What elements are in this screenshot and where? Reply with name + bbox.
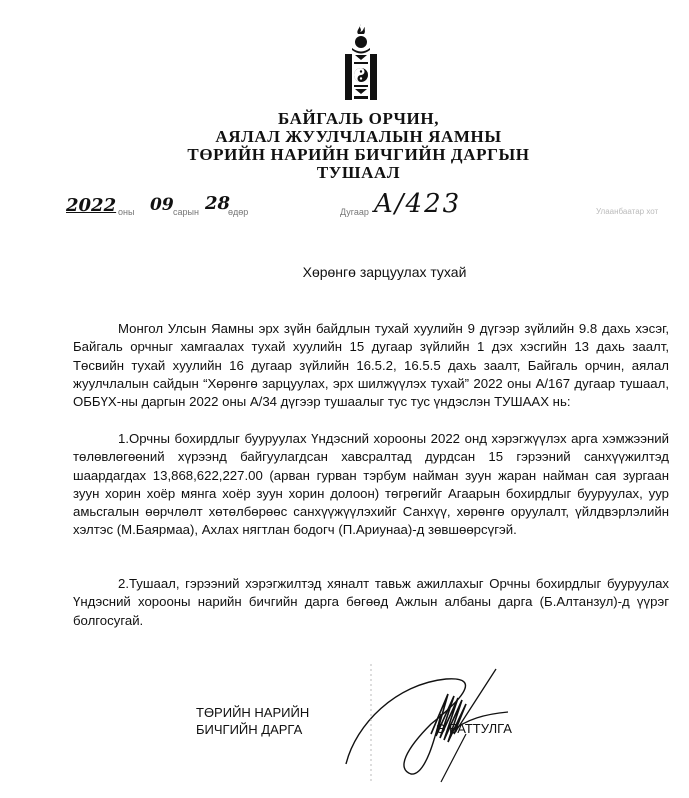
year-handwritten: 2022 <box>66 195 116 216</box>
header-line-3: ТӨРИЙН НАРИЙН БИЧГИЙН ДАРГЫН <box>28 146 689 164</box>
signatory-name: Э.БАТТУЛГА <box>436 721 512 736</box>
signatory-title: ТӨРИЙН НАРИЙН БИЧГИЙН ДАРГА <box>196 704 309 738</box>
ministry-order-header: БАЙГАЛЬ ОРЧИН, АЯЛАЛ ЖУУЛЧЛАЛЫН ЯАМНЫ ТӨ… <box>0 110 689 182</box>
month-label: сарын <box>173 207 199 217</box>
day-handwritten: 28 <box>205 193 230 214</box>
order-number-handwritten: A/423 <box>374 189 461 219</box>
year-label: оны <box>118 207 134 217</box>
date-number-row: 2022 оны 09 сарын 28 өдөр Дугаар A/423 У… <box>0 193 689 223</box>
signatory-title-line-1: ТӨРИЙН НАРИЙН <box>196 704 309 721</box>
signature-block: ТӨРИЙН НАРИЙН БИЧГИЙН ДАРГА Э.БАТТУЛГА <box>196 704 596 764</box>
header-line-4: ТУШААЛ <box>28 164 689 182</box>
order-item-1-text: 1.Орчны бохирдлыг бууруулах Үндэсний хор… <box>73 430 669 540</box>
number-label: Дугаар <box>340 207 369 217</box>
order-item-1: 1.Орчны бохирдлыг бууруулах Үндэсний хор… <box>73 430 669 540</box>
place-label: Улаанбаатар хот <box>596 207 658 216</box>
month-handwritten: 09 <box>150 195 174 215</box>
header-line-2: АЯЛАЛ ЖУУЛЧЛАЛЫН ЯАМНЫ <box>28 128 689 146</box>
order-item-2-text: 2.Тушаал, гэрээний хэрэгжилтэд хяналт та… <box>73 575 669 630</box>
preamble-paragraph: Монгол Улсын Яамны эрх зүйн байдлын туха… <box>73 320 669 411</box>
soyombo-emblem-icon <box>343 22 379 102</box>
document-page: БАЙГАЛЬ ОРЧИН, АЯЛАЛ ЖУУЛЧЛАЛЫН ЯАМНЫ ТӨ… <box>0 0 689 798</box>
order-item-2: 2.Тушаал, гэрээний хэрэгжилтэд хяналт та… <box>73 575 669 630</box>
signatory-title-line-2: БИЧГИЙН ДАРГА <box>196 721 309 738</box>
header-line-1: БАЙГАЛЬ ОРЧИН, <box>28 110 689 128</box>
preamble-text: Монгол Улсын Яамны эрх зүйн байдлын туха… <box>73 320 669 411</box>
day-label: өдөр <box>228 207 248 217</box>
document-title: Хөрөнгө зарцуулах тухай <box>40 264 689 280</box>
